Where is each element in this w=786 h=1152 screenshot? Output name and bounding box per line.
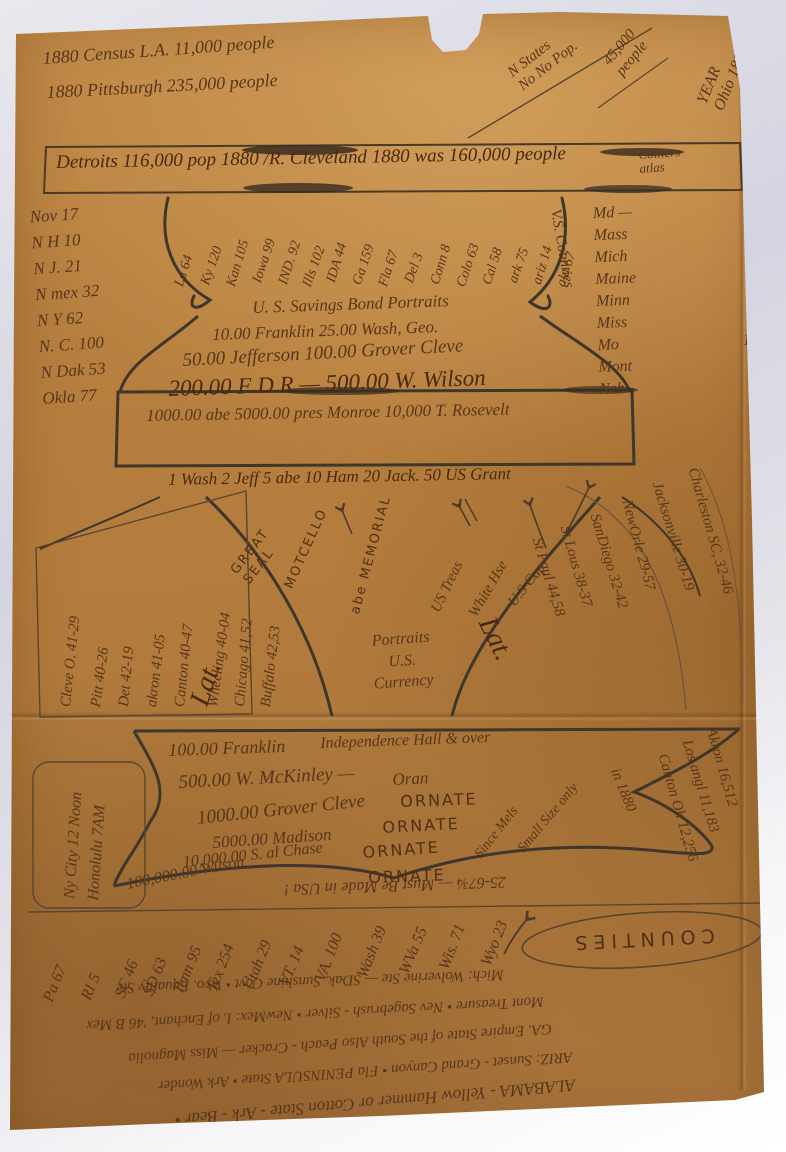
- note-reverse-design: Oran: [392, 768, 429, 790]
- state-value: 56: [750, 351, 767, 374]
- ink-smudge: [584, 185, 672, 193]
- state-value: 93: [751, 373, 768, 396]
- right-state-counts: Md —23 Mass14 Mich83 Maine16 Minn87 Miss…: [593, 197, 768, 401]
- diagonal-to-left-box: [40, 497, 160, 549]
- state-name: Mont: [598, 356, 633, 379]
- time-zone-box: Ny City 12 Noon Honolulu 7AM: [58, 791, 113, 901]
- state-name: Md —: [593, 202, 633, 225]
- paper-bag: 1880 Census L.A. 11,000 people 1880 Pitt…: [0, 0, 786, 1152]
- left-col-line: N Dak 53: [40, 356, 107, 386]
- arrow-stroke: [465, 499, 477, 521]
- state-value: 83: [746, 241, 763, 264]
- banner-left-edge: [114, 731, 160, 886]
- state-name: Mo: [597, 334, 619, 357]
- arrow-stroke: [458, 504, 470, 526]
- state-name: Miss: [596, 312, 627, 335]
- state-value: 87: [748, 285, 765, 308]
- state-value: 114: [742, 329, 766, 352]
- left-col-line: N mex 32: [34, 278, 101, 308]
- state-name: Maine: [595, 268, 637, 291]
- arrow-stroke: [341, 508, 352, 534]
- state-value: 14: [745, 219, 762, 242]
- note-denomination: 100.00 Franklin: [168, 736, 286, 761]
- left-col-line: Okla 77: [42, 382, 109, 412]
- state-name: Mass: [593, 224, 628, 247]
- state-value: 82: [748, 307, 765, 330]
- state-name: Minn: [596, 290, 631, 313]
- portraits-center: Portraits U.S. Currency: [352, 625, 452, 696]
- photo-canvas: 1880 Census L.A. 11,000 people 1880 Pitt…: [0, 0, 786, 1152]
- state-value: 23: [745, 197, 762, 220]
- colliers-source: Colliers atlas: [638, 145, 682, 176]
- ornate-label: ORNATE: [382, 814, 460, 837]
- ornate-label: ORNATE: [400, 789, 478, 811]
- state-value: 16: [747, 263, 764, 286]
- state-name: Mich: [594, 246, 628, 269]
- state-name: Neb: [599, 378, 626, 401]
- ink-smudge: [243, 183, 353, 193]
- shape-top-left-edge: [165, 198, 210, 307]
